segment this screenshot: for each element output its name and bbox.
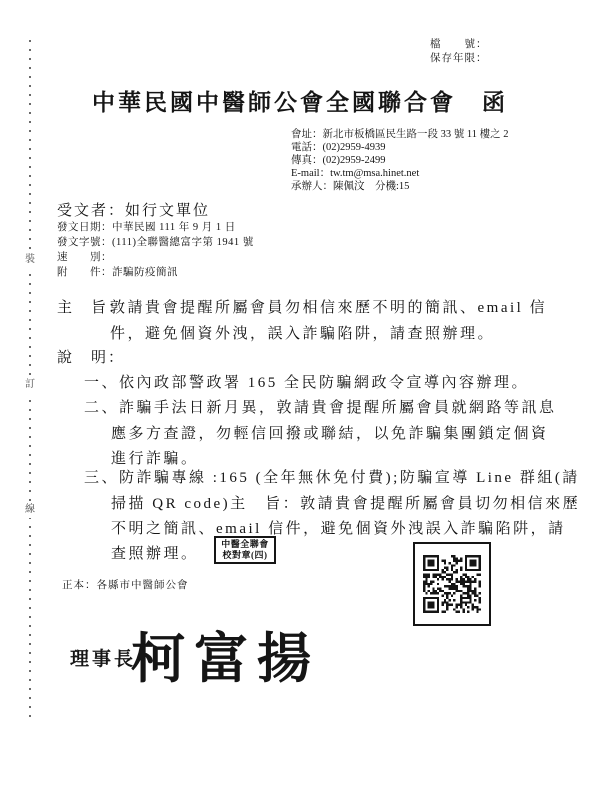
doc-meta-block: 發文日期：中華民國 111 年 9 月 1 日 發文字號：(111)全聯醫總富字… [57, 220, 254, 280]
org-fax-line: 傳真：(02)2959-2499 [291, 154, 509, 167]
explanation-label: 說 明： [57, 346, 125, 367]
explanation-item-2-line-1: 二、詐騙手法日新月異，敦請貴會提醒所屬會員就網路等訊息 [84, 396, 557, 417]
stamp-line-1: 中醫全聯會 [217, 539, 273, 550]
file-no-label: 檔 號： [430, 38, 488, 52]
subject-line-2: 件，避免個資外洩，誤入詐騙陷阱，請查照辦理。 [110, 322, 495, 343]
org-address-line: 會址：新北市板橋區民生路一段 33 號 11 樓之 2 [291, 128, 509, 141]
issue-date-line: 發文日期：中華民國 111 年 9 月 1 日 [57, 220, 254, 235]
file-number-block: 檔 號： 保存年限： [430, 38, 488, 66]
binding-dotted-line: 裝 訂 線 [29, 40, 31, 724]
attachment-line: 附 件：詐騙防疫簡訊 [57, 265, 254, 280]
qr-code [413, 542, 491, 626]
priority-line: 速 別： [57, 250, 254, 265]
document-page: 裝 訂 線 檔 號： 保存年限： 中華民國中醫師公會全國聯合會 函 會址：新北市… [0, 0, 600, 790]
explanation-item-2-line-3: 進行詐騙。 [111, 447, 199, 468]
stamp-line-2: 校對章(四) [217, 550, 273, 561]
signature-title: 理事長 [70, 644, 136, 671]
explanation-item-3-line-3: 不明之簡訊、email 信件，避免個資外洩誤入詐騙陷阱，請 [111, 517, 566, 538]
binding-mark-xian: 線 [24, 502, 36, 518]
copy-to-line: 正本：各縣市中醫師公會 [62, 577, 189, 592]
explanation-item-3-line-1: 三、防詐騙專線 :165 (全年無休免付費);防騙宣導 Line 群組(請 [84, 466, 580, 487]
explanation-item-3-line-2: 掃描 QR code)主 旨：敦請貴會提醒所屬會員切勿相信來歷 [111, 492, 580, 513]
org-phone-line: 電話：(02)2959-4939 [291, 141, 509, 154]
binding-mark-ding: 訂 [24, 377, 36, 393]
org-contact-person-line: 承辦人：陳佩汶 分機:15 [291, 180, 509, 193]
proofreading-stamp: 中醫全聯會 校對章(四) [214, 536, 276, 564]
retention-label: 保存年限： [430, 52, 488, 66]
qr-code-pattern [423, 555, 481, 613]
org-contact-block: 會址：新北市板橋區民生路一段 33 號 11 樓之 2 電話：(02)2959-… [291, 128, 509, 193]
document-title: 中華民國中醫師公會全國聯合會 函 [0, 84, 600, 117]
explanation-item-1: 一、依內政部警政署 165 全民防騙網政令宣導內容辦理。 [84, 371, 529, 392]
recipient-line: 受文者：如行文單位 [57, 199, 210, 220]
signature-name: 柯富揚 [131, 616, 320, 693]
issue-number-line: 發文字號：(111)全聯醫總富字第 1941 號 [57, 235, 254, 250]
binding-mark-zhuang: 裝 [24, 252, 36, 268]
explanation-item-3-line-4: 查照辦理。 [111, 542, 199, 563]
explanation-item-2-line-2: 應多方查證，勿輕信回撥或聯結，以免詐騙集團鎖定個資 [111, 422, 549, 443]
subject-line-1: 敦請貴會提醒所屬會員勿相信來歷不明的簡訊、email 信 [110, 296, 547, 317]
org-email-line: E-mail：tw.tm@msa.hinet.net [291, 167, 509, 180]
